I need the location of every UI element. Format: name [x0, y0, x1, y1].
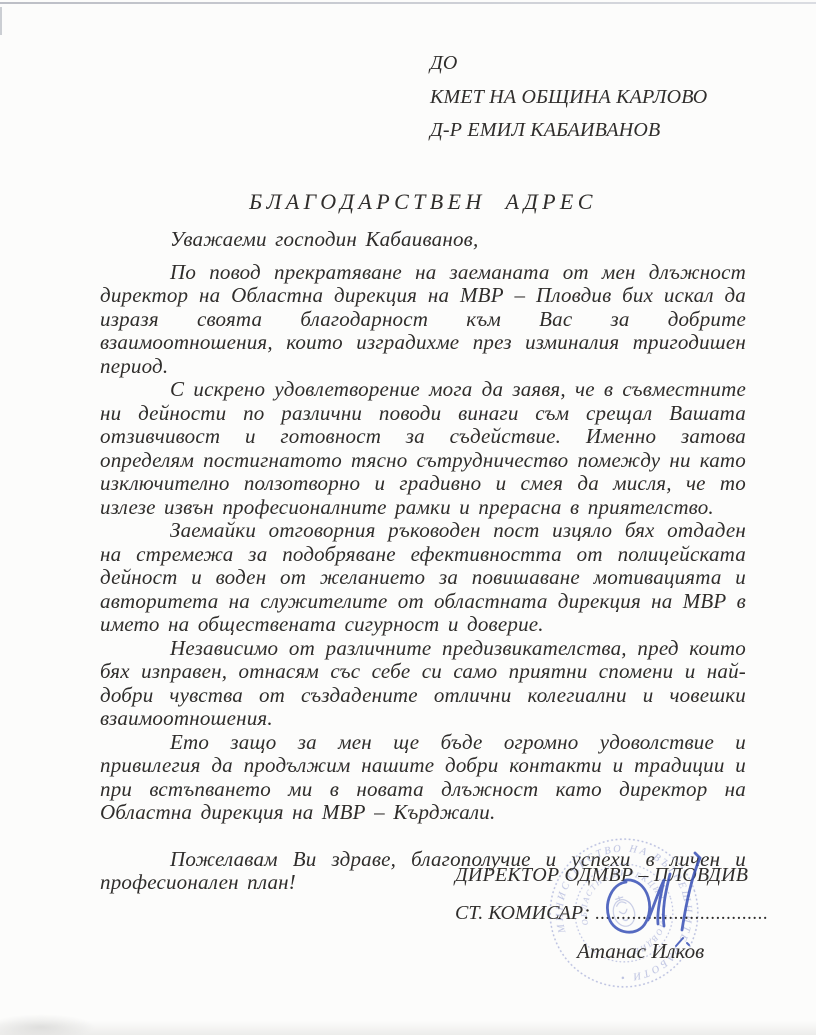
paragraph-2: С искрено удовлетворение мога да заявя, … [100, 378, 746, 519]
paragraph-5: Ето защо за мен ще бъде огромно удоволст… [100, 731, 746, 825]
letter-title: БЛАГОДАРСТВЕН АДРЕС [100, 189, 746, 215]
scanned-letter-page: ДО КМЕТ НА ОБЩИНА КАРЛОВО Д-Р ЕМИЛ КАБАИ… [0, 0, 816, 1035]
signer-rank: СТ. КОМИСАР: [455, 902, 590, 924]
letter-body: Уважаеми господин Кабаиванов, По повод п… [100, 228, 746, 895]
handwritten-signature [588, 850, 738, 965]
recipient-addressee-name: Д-Р ЕМИЛ КАБАИВАНОВ [430, 114, 707, 148]
scan-corner-artifact [0, 7, 2, 35]
paragraph-1: По повод прекратяване на заеманата от ме… [100, 261, 746, 379]
recipient-block: ДО КМЕТ НА ОБЩИНА КАРЛОВО Д-Р ЕМИЛ КАБАИ… [430, 47, 707, 148]
paragraph-3: Заемайки отговорния ръководен пост изцял… [100, 519, 746, 637]
paragraph-4: Независимо от различните предизвикателст… [100, 637, 746, 731]
recipient-addressee: КМЕТ НА ОБЩИНА КАРЛОВО [430, 81, 707, 115]
scan-bottom-shade [0, 1021, 816, 1035]
scan-edge-artifact [0, 2, 816, 4]
recipient-to: ДО [430, 47, 707, 81]
salutation: Уважаеми господин Кабаиванов, [100, 228, 746, 252]
